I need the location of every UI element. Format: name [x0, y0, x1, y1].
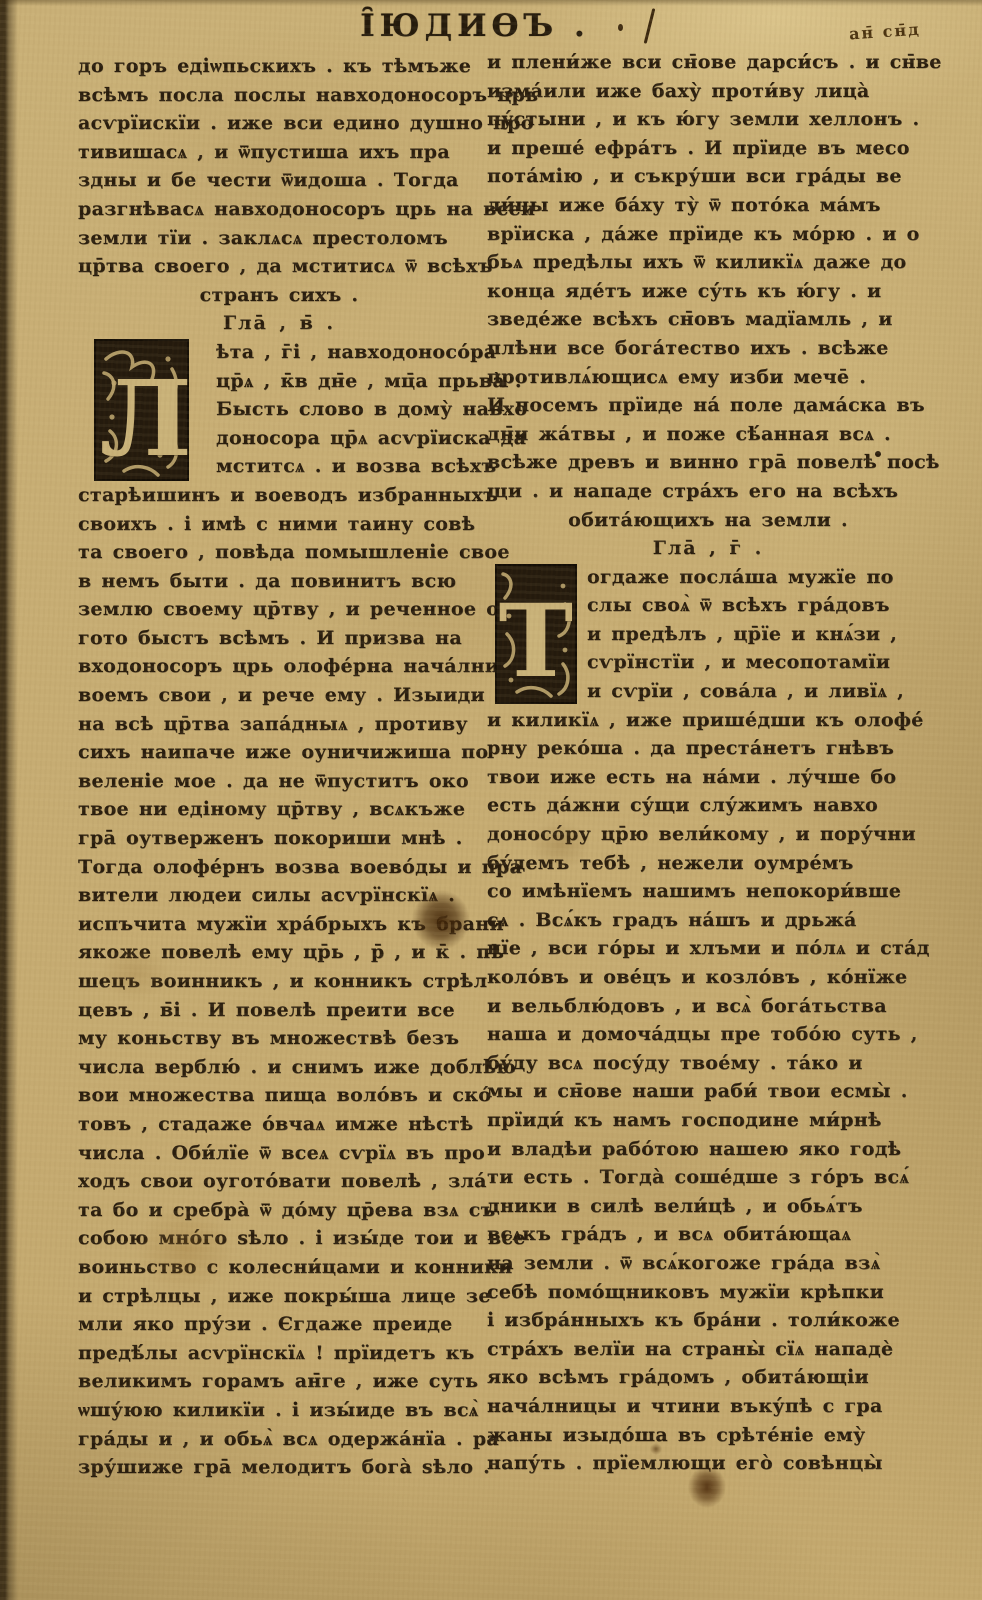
text-line: и предѣлъ , цр̄їе и кнѧ́зи ,	[587, 620, 929, 649]
text-line: своихъ . і имѣ с ними таину совѣ	[78, 510, 480, 539]
chapter2-end-text: и плени́же вси сн̄ове дарси́съ . и сн̄ве…	[487, 48, 929, 534]
page-title: І̑ЮДИѲЪ .	[355, 8, 595, 44]
text-line: асѵрїискїи . иже вси едино душно про	[78, 109, 480, 138]
text-line: Бысть слово в дому̀ навхо	[216, 395, 480, 424]
initial-letter: Л	[100, 357, 189, 480]
text-line: гра́ды и , и обьѧ̀ всѧ одержа́нїа . ра	[78, 1425, 480, 1454]
ink-slash-mark	[644, 8, 656, 44]
text-line: ѡшу́юю киликїи . і изы́иде въ всѧ̀	[78, 1396, 480, 1425]
chapter1-end-text: до горъ едіѡпьскихъ . къ тѣмъжевсѣмъ пос…	[78, 52, 480, 309]
text-line: пота́мію , и съкру́ши вси гра́ды ве	[487, 162, 929, 191]
text-line: мы и сн̄ове наши раби́ твои есмы̀ .	[487, 1077, 929, 1106]
text-line: на земли . ѿ всѧ́когоже гра́да взѧ̀	[487, 1249, 929, 1278]
text-line: противлѧ́ющисѧ ему изби мече̄ .	[487, 363, 929, 392]
text-line: всѧкъ гра́дъ , и всѧ обита́ющаѧ	[487, 1220, 929, 1249]
text-line: прїиди́ къ намъ господине ми́рнѣ	[487, 1106, 929, 1135]
text-line: и стрѣлцы , иже покры́ша лице зе	[78, 1282, 480, 1311]
text-line: всѣмъ посла послы навходоносоръ црь	[78, 81, 480, 110]
text-line: стра́хъ велїи на страны̀ сїѧ нападѐ	[487, 1335, 929, 1364]
text-line: и киликїѧ , иже прише́дши къ олофе́	[487, 706, 929, 735]
text-line: цевъ , в̄і . И повелѣ преити все	[78, 996, 480, 1025]
woodcut-initial-T: Т	[495, 564, 577, 704]
text-line: и владѣи рабо́тою нашею яко годѣ	[487, 1135, 929, 1164]
text-line: нїе , вси го́ры и хлъми и по́лѧ и ста́д	[487, 934, 929, 963]
text-line: мли яко пру́зи . Єгдаже преиде	[78, 1310, 480, 1339]
text-line: яко всѣмъ гра́домъ , обита́ющіи	[487, 1363, 929, 1392]
initial-letter: Т	[499, 582, 574, 700]
text-line: Тогда олофе́рнъ возва воево́ды и пра	[78, 853, 480, 882]
text-line: конца яде́тъ иже су́ть къ ю́гу . и	[487, 277, 929, 306]
chapter-heading-3: Гла̄ , г̄ .	[487, 534, 929, 563]
text-column-left: до горъ едіѡпьскихъ . къ тѣмъжевсѣмъ пос…	[78, 52, 480, 1482]
text-line: гото быстъ всѣмъ . И призва на	[78, 624, 480, 653]
text-line: ходъ свои оугото́вати повелѣ , зла́	[78, 1167, 480, 1196]
chapter3-opening: Т огдаже посла́ша мужїе послы своѧ̀ ѿ вс…	[487, 563, 929, 706]
text-line: коло́въ и ове́цъ и козло́въ , ко́нїже	[487, 963, 929, 992]
text-line: ли́цы иже ба́ху ту̀ ѿ пото́ка ма́мъ	[487, 191, 929, 220]
text-line: бу́демъ тебѣ , нежели оумре́мъ	[487, 849, 929, 878]
text-line: со имѣнїемъ нашимъ непокори́вше	[487, 877, 929, 906]
text-line: числа верблю́ . и снимъ иже доблѣю	[78, 1053, 480, 1082]
text-line: старѣишинъ и воеводъ избранныхъ	[78, 481, 480, 510]
text-line: изма́или иже баху̀ проти́ву лица̀	[487, 77, 929, 106]
text-line: товъ , стадаже о́вчаѧ имже нѣстѣ	[78, 1110, 480, 1139]
text-line: испъчита мужїи хра́брыхъ къ брани	[78, 910, 480, 939]
text-line: огдаже посла́ша мужїе по	[587, 563, 929, 592]
text-line: пу́стыни , и къ ю́гу земли хеллонъ .	[487, 105, 929, 134]
chapter-heading-2: Гла̄ , в̄ .	[78, 309, 480, 338]
text-line: предѣ́лы асѵрїнскїѧ ! прїидетъ къ	[78, 1339, 480, 1368]
text-line: цр̄ѧ , к̄в дн̄е , мц̄а прьва̀ .	[216, 367, 480, 396]
text-column-right: и плени́же вси сн̄ове дарси́съ . и сн̄ве…	[487, 48, 929, 1478]
text-line: и преше́ ефра́тъ . И прїиде въ месо	[487, 134, 929, 163]
text-line: на всѣ цр̄тва запа́дныѧ , противу	[78, 710, 480, 739]
text-line: сихъ наипаче иже оуничижиша по	[78, 738, 480, 767]
text-line: землю своему цр̄тву , и реченное оу	[78, 595, 480, 624]
text-line: в немъ быти . да повинитъ всю	[78, 567, 480, 596]
chapter2-body-text: старѣишинъ и воеводъ избранныхъсвоихъ . …	[78, 481, 480, 1482]
text-line: та своего , повѣда помышленіе свое	[78, 538, 480, 567]
chapter3-body-text: и киликїѧ , иже прише́дши къ олофе́рну р…	[487, 706, 929, 1478]
text-line: и сѵрїи , сова́ла , и ливїѧ ,	[587, 677, 929, 706]
text-line: странъ сихъ .	[78, 281, 480, 310]
text-line: гра̄ оутверженъ покориши мнѣ .	[78, 824, 480, 853]
text-line: напу́ть . прїемлющи его̀ совѣнцы̀	[487, 1449, 929, 1478]
text-line: дники в силѣ вели́цѣ , и обьѧ́тъ	[487, 1192, 929, 1221]
handwritten-folio-note: ан̄ сн̄д	[848, 20, 921, 44]
text-line: зру́шиже гра̄ мелодитъ бога̀ ѕѣло .	[78, 1453, 480, 1482]
text-line: якоже повелѣ ему цр̄ь , р̄ , и к̄ . пѣ	[78, 938, 480, 967]
text-line: и плени́же вси сн̄ове дарси́съ . и сн̄ве	[487, 48, 929, 77]
text-line: до горъ едіѡпьскихъ . къ тѣмъже	[78, 52, 480, 81]
text-line: зведе́же всѣхъ сн̄овъ мадїамль , и	[487, 305, 929, 334]
text-line: всѣже древъ и винно гра̄ повелѣ посѣ	[487, 448, 929, 477]
text-line: ѣта , г̄і , навходоносо́ра	[216, 338, 480, 367]
text-line: і избра́нныхъ къ бра́ни . толи́коже	[487, 1306, 929, 1335]
text-line: ти есть . Тогда̀ соше́дше з го́ръ всѧ́	[487, 1163, 929, 1192]
text-line: та бо и сребра̀ ѿ до́му цр̄ева взѧ съ	[78, 1196, 480, 1225]
woodcut-initial-L: Л	[94, 339, 189, 481]
text-line: вители людеи силы асѵрїнскїѧ .	[78, 881, 480, 910]
text-line: жаны изыдо́ша въ срѣте́ніе ему̀	[487, 1421, 929, 1450]
text-line: рну реко́ша . да преста́нетъ гнѣвъ	[487, 734, 929, 763]
chapter2-opening: Л ѣта , г̄і , навходоносо́рацр̄ѧ , к̄в д…	[78, 338, 480, 481]
text-line: му коньству въ множествѣ безъ	[78, 1024, 480, 1053]
text-line: веленіе мое . да не ѿпуститъ око	[78, 767, 480, 796]
text-line: входоносоръ црь олофе́рна нача́лника	[78, 652, 480, 681]
text-line: тивишасѧ , и ѿпустиша ихъ пра	[78, 138, 480, 167]
text-line: врїиска , да́же прїиде къ мо́рю . и о	[487, 220, 929, 249]
text-line: сѵрїнстїи , и месопотамїи	[587, 648, 929, 677]
book-page-scan: І̑ЮДИѲЪ . ан̄ сн̄д до горъ едіѡпьскихъ .…	[0, 0, 982, 1600]
text-line: великимъ горамъ ан̄ге , иже суть	[78, 1367, 480, 1396]
text-line: здны и бе чести ѿидоша . Тогда	[78, 166, 480, 195]
text-line: и вельблю́довъ , и всѧ̀ бога́тьства	[487, 992, 929, 1021]
text-line: бу́ду всѧ посу́ду твое́му . та́ко и	[487, 1049, 929, 1078]
text-line: обита́ющихъ на земли .	[487, 506, 929, 535]
text-line: есть да́жни су́щи слу́жимъ навхо	[487, 791, 929, 820]
text-line: разгнѣвасѧ навходоносоръ црь на всеи	[78, 195, 480, 224]
text-line: шецъ воинникъ , и конникъ стрѣл	[78, 967, 480, 996]
text-line: слы своѧ̀ ѿ всѣхъ гра́довъ	[587, 591, 929, 620]
text-line: мститсѧ . и возва всѣхъ	[216, 452, 480, 481]
text-line: дн̄и жа́твы , и поже сѣ́анная всѧ .	[487, 420, 929, 449]
ink-dot-mark	[618, 24, 623, 31]
text-line: доносора цр̄ѧ асѵрїиска да	[216, 424, 480, 453]
text-line: твое ни едіному цр̄тву , всѧкъже	[78, 795, 480, 824]
text-line: И посемъ прїиде на́ поле дама́ска въ	[487, 391, 929, 420]
text-line: себѣ помо́щниковъ мужїи крѣпки	[487, 1278, 929, 1307]
text-line: вои множества пища воло́въ и ско́	[78, 1081, 480, 1110]
text-line: сѧ . Всѧ́къ градъ на́шъ и дрьжа́	[487, 906, 929, 935]
text-line: цр̄тва своего , да мститисѧ ѿ всѣхъ	[78, 252, 480, 281]
text-line: воиньство с колесни́цами и конники	[78, 1253, 480, 1282]
text-line: числа . Оби́лїе ѿ всеѧ сѵрїѧ въ про	[78, 1139, 480, 1168]
text-line: плѣни все бога́тество ихъ . всѣже	[487, 334, 929, 363]
text-line: нача́лницы и чтини въку́пѣ с гра	[487, 1392, 929, 1421]
text-line: воемъ свои , и рече ему . Изыиди	[78, 681, 480, 710]
text-line: бьѧ предѣлы ихъ ѿ киликїѧ даже до	[487, 248, 929, 277]
text-line: доносо́ру цр̄ю вели́кому , и пору́чни	[487, 820, 929, 849]
text-line: щи . и нападе стра́хъ его на всѣхъ	[487, 477, 929, 506]
text-line: наша и домоча́дцы пре тобо́ю суть ,	[487, 1020, 929, 1049]
text-line: собою мно́го ѕѣло . і изы́де тои и все	[78, 1224, 480, 1253]
text-line: земли тїи . заклѧсѧ престоломъ	[78, 224, 480, 253]
text-line: твои иже есть на на́ми . лу́чше бо	[487, 763, 929, 792]
